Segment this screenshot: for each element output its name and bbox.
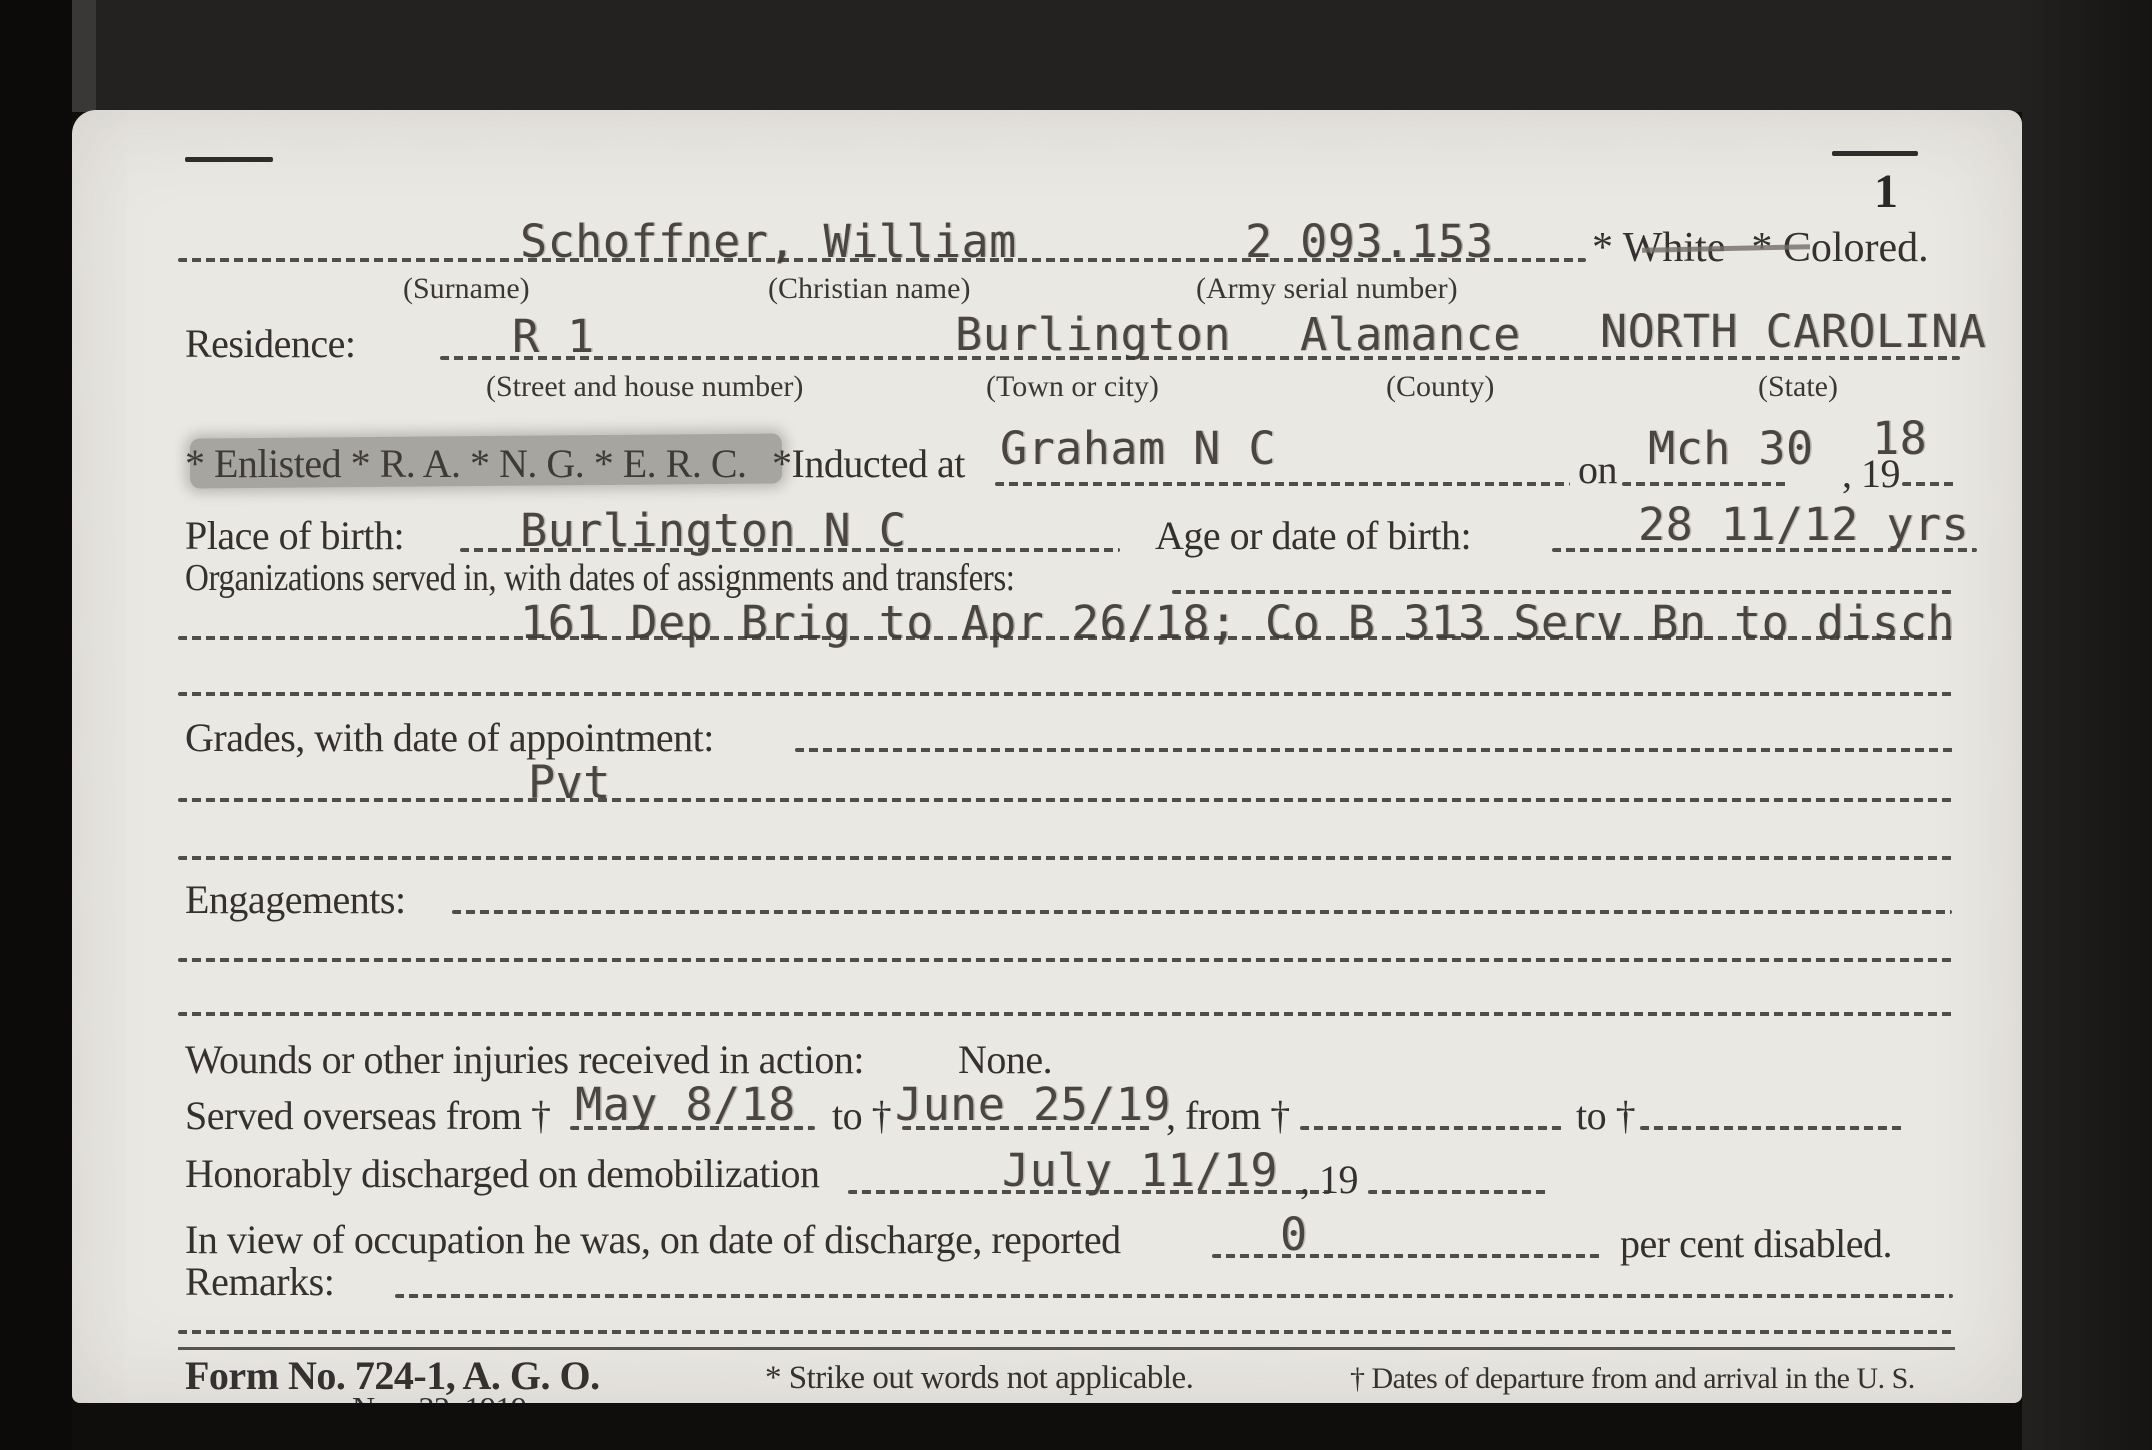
disability-label-post: per cent disabled. xyxy=(1620,1220,1892,1267)
disability-value: 0 xyxy=(1280,1208,1308,1261)
wounds-label: Wounds or other injuries received in act… xyxy=(185,1036,864,1083)
disability-label-pre: In view of occupation he was, on date of… xyxy=(185,1216,1121,1263)
page-number: 1 xyxy=(1874,164,1898,219)
remarks-label: Remarks: xyxy=(185,1258,334,1305)
background-right-band xyxy=(2022,0,2152,1450)
footer-dotted-rule xyxy=(178,1330,1955,1334)
discharge-label: Honorably discharged on demobilization xyxy=(185,1150,820,1197)
grades-blank-rule xyxy=(178,856,1955,860)
age-label: Age or date of birth: xyxy=(1155,512,1471,559)
residence-label: Residence: xyxy=(185,320,356,367)
form-date: Nov. 22, 1919 xyxy=(352,1390,527,1403)
state-value: NORTH CAROLINA xyxy=(1600,305,1986,358)
organizations-rule xyxy=(178,636,1955,640)
street-caption: (Street and house number) xyxy=(486,370,803,404)
christian-name-caption: (Christian name) xyxy=(768,272,970,306)
dagger-note: † Dates of departure from and arrival in… xyxy=(1350,1362,1915,1396)
scanned-service-record-photo: 1 Schoffner, William 2 093.153 * White* … xyxy=(0,0,2152,1450)
service-record-card: 1 Schoffner, William 2 093.153 * White* … xyxy=(72,110,2022,1403)
background-left-band xyxy=(0,0,72,1450)
induction-place-rule xyxy=(995,482,1570,486)
induction-date-value: Mch 30 xyxy=(1648,422,1814,475)
overseas-to2-label: to † xyxy=(1576,1092,1635,1139)
place-of-birth-label: Place of birth: xyxy=(185,512,404,559)
town-caption: (Town or city) xyxy=(986,370,1159,404)
overseas-to1-label: to † xyxy=(832,1092,891,1139)
inducted-at-label: *Inducted at xyxy=(772,441,965,486)
town-value: Burlington xyxy=(955,308,1231,361)
engagements-blank-rule-1 xyxy=(178,958,1955,962)
engagements-label-rule xyxy=(452,910,1952,914)
residence-rule xyxy=(440,356,1960,360)
strike-note: * Strike out words not applicable. xyxy=(765,1360,1193,1397)
induction-place-value: Graham N C xyxy=(1000,422,1276,475)
organizations-label: Organizations served in, with dates of a… xyxy=(185,556,1015,600)
county-value: Alamance xyxy=(1300,308,1521,361)
induction-year-rule xyxy=(1902,482,1957,486)
induction-year-value: 18 xyxy=(1872,412,1927,465)
overseas-from1-label: Served overseas from † xyxy=(185,1092,551,1139)
overseas-from2-rule xyxy=(1300,1126,1562,1130)
discharge-date-value: July 11/19 xyxy=(1002,1144,1278,1197)
serial-caption: (Army serial number) xyxy=(1196,272,1458,306)
name-rule xyxy=(178,258,1586,262)
organizations-label-rule xyxy=(1172,590,1952,594)
grades-rule xyxy=(178,798,1955,802)
place-of-birth-value: Burlington N C xyxy=(520,504,906,557)
corner-mark-right xyxy=(1832,151,1918,156)
state-caption: (State) xyxy=(1758,370,1838,404)
remarks-rule xyxy=(395,1294,1953,1298)
induction-date-rule xyxy=(1622,482,1790,486)
overseas-to1-rule xyxy=(902,1126,1152,1130)
overseas-from1-rule xyxy=(570,1126,815,1130)
organizations-blank-rule xyxy=(178,692,1955,696)
overseas-from2-label: , from † xyxy=(1166,1092,1290,1139)
background-edge-streak xyxy=(72,0,96,112)
footer-solid-rule xyxy=(178,1347,1955,1350)
disability-rule xyxy=(1212,1254,1604,1258)
background-top-band xyxy=(72,0,2022,112)
overseas-to1-value: June 25/19 xyxy=(895,1078,1171,1131)
discharge-year-label: , 19 xyxy=(1300,1156,1358,1203)
county-caption: (County) xyxy=(1386,370,1494,404)
corner-mark-left xyxy=(185,157,273,162)
wounds-value: None. xyxy=(958,1036,1052,1083)
overseas-to2-rule xyxy=(1640,1126,1905,1130)
grades-label-rule xyxy=(795,748,1953,752)
organizations-value: 161 Dep Brig to Apr 26/18; Co B 313 Serv… xyxy=(520,596,1955,649)
engagements-blank-rule-2 xyxy=(178,1012,1955,1016)
surname-caption: (Surname) xyxy=(403,272,530,306)
age-value: 28 11/12 yrs xyxy=(1638,498,1969,551)
discharge-year-rule xyxy=(1368,1190,1548,1194)
overseas-from1-value: May 8/18 xyxy=(575,1078,796,1131)
pencil-strikeout-smudge xyxy=(190,433,782,488)
on-label: on xyxy=(1578,446,1617,493)
engagements-label: Engagements: xyxy=(185,876,406,923)
grades-label: Grades, with date of appointment: xyxy=(185,714,714,761)
